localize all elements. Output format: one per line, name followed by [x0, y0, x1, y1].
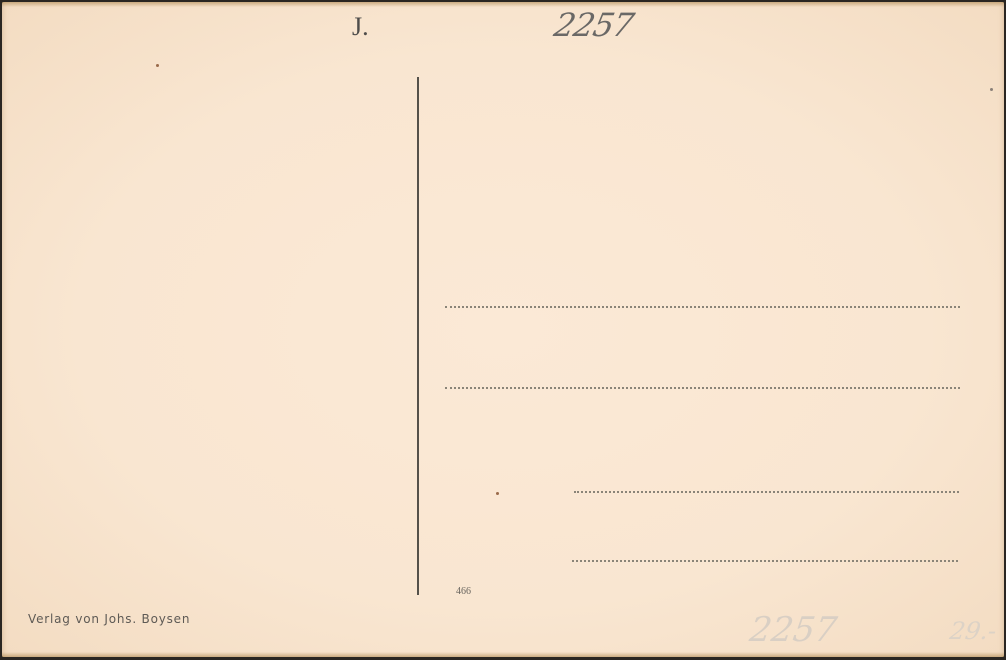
- postcard-back: J. 2257 Verlag von Johs. Boysen 466 2257…: [2, 2, 1004, 657]
- address-line-4: [572, 560, 958, 562]
- paper-speck: [496, 492, 499, 495]
- aged-edge-bottom: [2, 652, 1004, 657]
- aged-edge-top: [2, 2, 1004, 7]
- address-line-2: [445, 387, 960, 389]
- handwritten-number-faint: 2257: [747, 610, 839, 650]
- publisher-imprint: Verlag von Johs. Boysen: [28, 612, 190, 626]
- address-line-1: [445, 306, 960, 308]
- handwritten-price-faint: 29.-: [948, 617, 998, 645]
- paper-speck: [156, 64, 159, 67]
- handwritten-number-top: 2257: [551, 6, 637, 44]
- paper-speck: [990, 88, 993, 91]
- address-line-3: [574, 491, 959, 493]
- center-divider-line: [417, 77, 419, 595]
- card-number: 466: [456, 586, 471, 597]
- handwritten-initial: J.: [352, 12, 369, 42]
